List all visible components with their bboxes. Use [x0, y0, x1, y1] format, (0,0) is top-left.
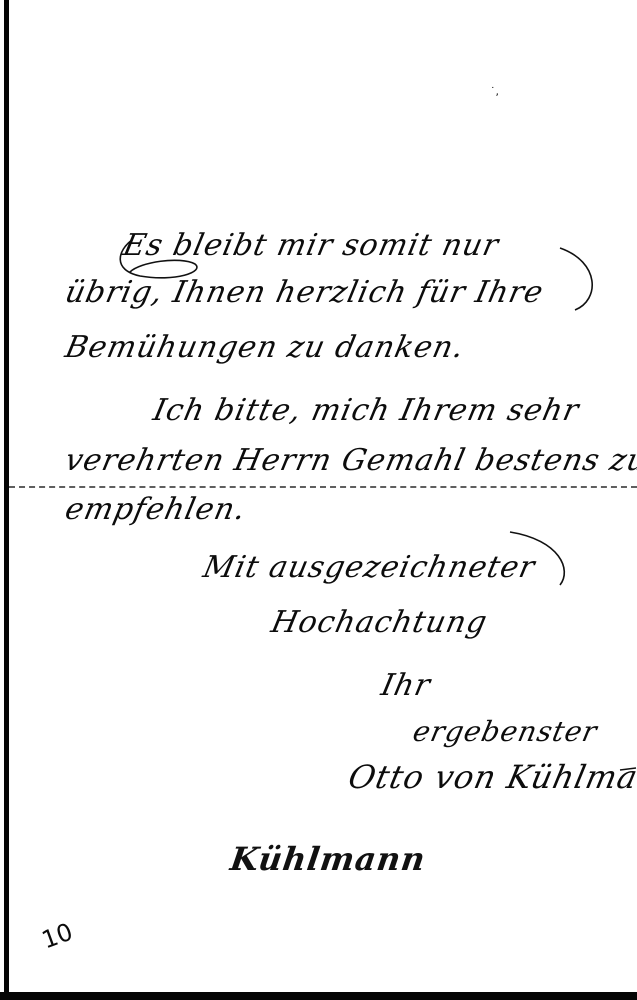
letter-line-5: verehrten Herrn Gemahl bestens zu [62, 443, 637, 478]
scan-bottom-edge [0, 992, 637, 1000]
closing-line-4: ergebenster [410, 715, 601, 748]
page-number: 10 [38, 918, 76, 955]
scan-left-edge [4, 0, 9, 1000]
archival-annotation: Kühlmann [228, 840, 428, 878]
ink-speck: ˙, [490, 86, 499, 97]
letter-line-1: Es bleibt mir somit nur [120, 228, 502, 263]
letter-line-4: Ich bitte, mich Ihrem sehr [150, 393, 582, 428]
closing-line-3: Ihr [378, 668, 434, 703]
closing-line-1: Mit ausgezeichneter [200, 550, 538, 585]
paper-fold-line [9, 486, 637, 488]
closing-line-2: Hochachtung [268, 605, 491, 640]
signature: Otto von Kühlmann [345, 758, 637, 796]
letter-line-6: empfehlen. [62, 492, 249, 527]
letter-line-2: übrig, Ihnen herzlich für Ihre [62, 275, 547, 310]
letter-line-3: Bemühungen zu danken. [62, 330, 468, 365]
